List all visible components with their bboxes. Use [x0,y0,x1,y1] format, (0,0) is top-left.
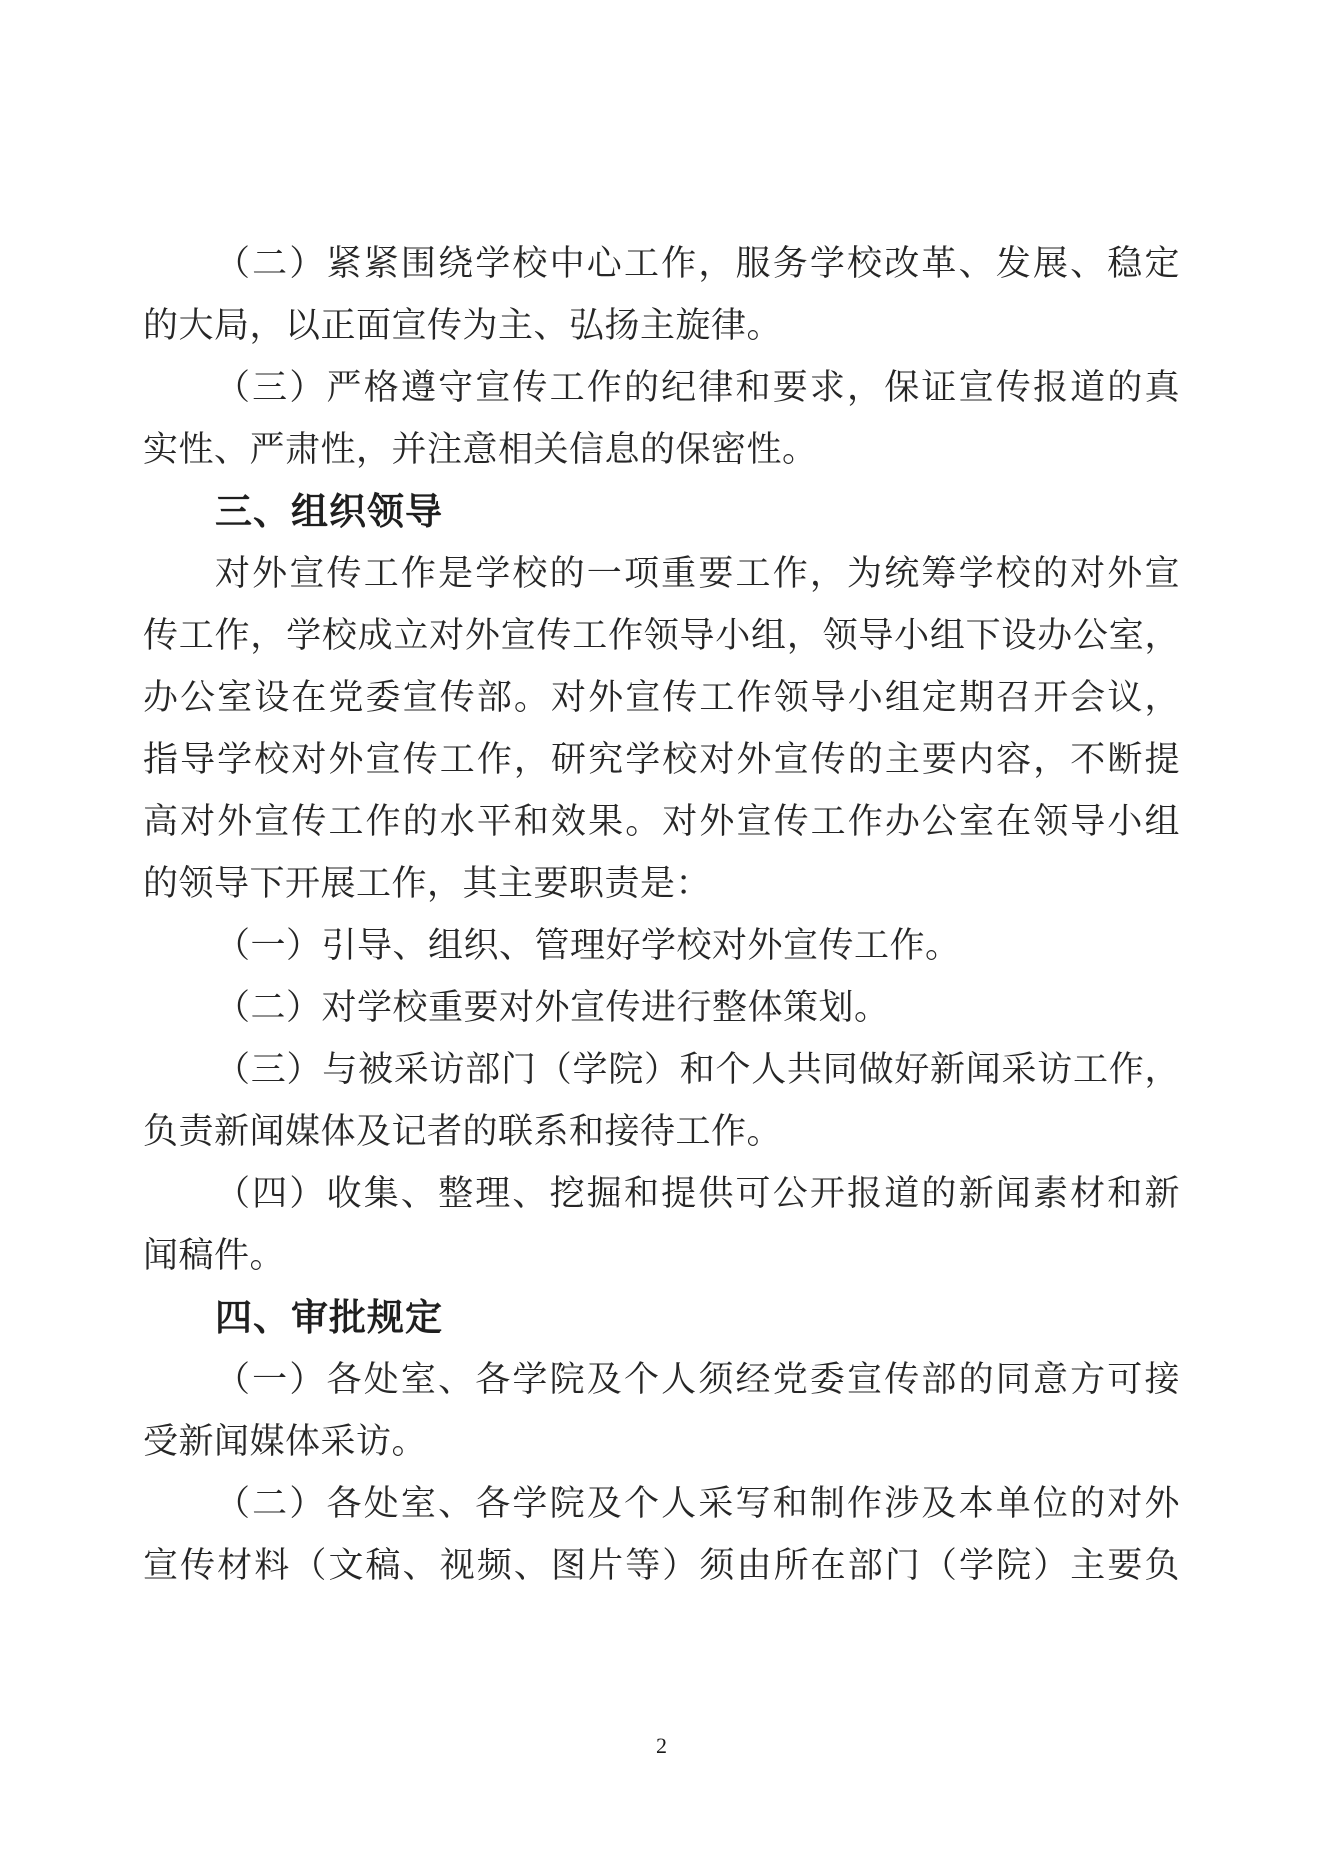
text-line: （二）各处室、各学院及个人采写和制作涉及本单位的对外 [143,1473,1180,1535]
text-line: 传工作，学校成立对外宣传工作领导小组，领导小组下设办公室， [143,605,1180,667]
page-number: 2 [0,1733,1323,1759]
text-line: 实性、严肃性，并注意相关信息的保密性。 [143,419,1180,481]
text-line: 受新闻媒体采访。 [143,1411,1180,1473]
text-line: 闻稿件。 [143,1225,1180,1287]
text-line: 宣传材料（文稿、视频、图片等）须由所在部门（学院）主要负 [143,1535,1180,1597]
text-line: 负责新闻媒体及记者的联系和接待工作。 [143,1101,1180,1163]
text-line: （一）引导、组织、管理好学校对外宣传工作。 [143,915,1180,977]
text-line: 高对外宣传工作的水平和效果。对外宣传工作办公室在领导小组 [143,791,1180,853]
text-line: （一）各处室、各学院及个人须经党委宣传部的同意方可接 [143,1349,1180,1411]
section-heading-approval-rules: 四、审批规定 [143,1287,1180,1349]
text-line: （三）严格遵守宣传工作的纪律和要求，保证宣传报道的真 [143,357,1180,419]
text-line: 的领导下开展工作，其主要职责是： [143,853,1180,915]
text-line: （二）紧紧围绕学校中心工作，服务学校改革、发展、稳定 [143,233,1180,295]
text-line: 对外宣传工作是学校的一项重要工作，为统筹学校的对外宣 [143,543,1180,605]
text-line: （三）与被采访部门（学院）和个人共同做好新闻采访工作， [143,1039,1180,1101]
text-line: （二）对学校重要对外宣传进行整体策划。 [143,977,1180,1039]
document-body: （二）紧紧围绕学校中心工作，服务学校改革、发展、稳定 的大局，以正面宣传为主、弘… [143,233,1180,1597]
document-page: （二）紧紧围绕学校中心工作，服务学校改革、发展、稳定 的大局，以正面宣传为主、弘… [0,0,1323,1871]
text-line: 办公室设在党委宣传部。对外宣传工作领导小组定期召开会议， [143,667,1180,729]
text-line: （四）收集、整理、挖掘和提供可公开报道的新闻素材和新 [143,1163,1180,1225]
text-line: 的大局，以正面宣传为主、弘扬主旋律。 [143,295,1180,357]
section-heading-organization-leadership: 三、组织领导 [143,481,1180,543]
text-line: 指导学校对外宣传工作，研究学校对外宣传的主要内容，不断提 [143,729,1180,791]
